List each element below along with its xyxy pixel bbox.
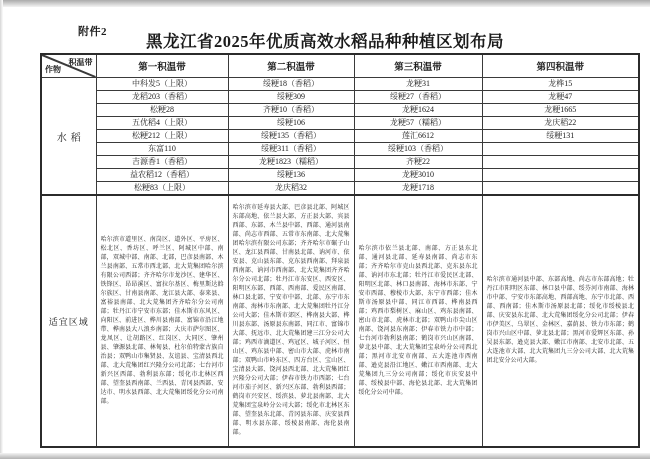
variety-cell: 松粳28	[96, 104, 228, 117]
variety-cell: 绥粳136	[228, 169, 354, 182]
variety-cell: 龙庆稻32	[228, 182, 354, 196]
zone-header-3: 第三积温带	[354, 54, 482, 78]
variety-cell: 莲汇6612	[354, 130, 482, 143]
crop-row-label: 水稻	[41, 78, 96, 196]
region-cell-zone3: 哈尔滨市依兰县北部、南部、方正县东北部、通河县北部、延寿县南部、尚志市东部；齐齐…	[354, 195, 482, 447]
zone-header-1: 第一积温带	[96, 54, 228, 78]
document-page: { "page": { "attachment_label": "附件2", "…	[0, 0, 650, 459]
variety-cell: 龙粳3010	[354, 169, 482, 182]
variety-row: 东富110 绥粳311（香稻） 绥粳103（香稻）	[41, 143, 639, 156]
region-cell-zone2: 哈尔滨市延寿县大部、巴彦县北部、阿城区东部高地、依兰县大部、方正县大部、宾县西部…	[228, 195, 354, 447]
region-row: 适宜区域 哈尔滨市道里区、南岗区、道外区、平房区、松北区、香坊区、呼兰区、阿城区…	[41, 195, 639, 447]
variety-cell: 绥粳311（香稻）	[228, 143, 354, 156]
variety-cell: 齐粳22	[354, 156, 482, 169]
corner-header-cell: 积温带 作物	[41, 54, 96, 78]
variety-cell: 五优稻4（上限）	[96, 117, 228, 130]
zone-header-4: 第四积温带	[482, 54, 639, 78]
region-text-zone1: 哈尔滨市道里区、南岗区、道外区、平房区、松北区、香坊区、呼兰区、阿城区中部、南部…	[97, 233, 228, 410]
scan-edge-top	[0, 0, 650, 7]
corner-label-zone: 积温带	[69, 57, 93, 68]
variety-cell: 龙粳1718	[354, 182, 482, 196]
variety-row: 五优稻4（上限） 绥粳106 龙粳57（糯稻） 龙庆稻22	[41, 117, 639, 130]
variety-cell: 绥粳18（香稻）	[228, 78, 354, 91]
corner-label-crop: 作物	[45, 64, 61, 75]
variety-cell: 龙粳1624	[354, 104, 482, 117]
variety-row: 龙稻203（香稻） 绥粳309 绥粳27（香稻） 龙粳47	[41, 91, 639, 104]
variety-cell: 中科发5（上限）	[96, 78, 228, 91]
variety-cell: 龙粳57（糯稻）	[354, 117, 482, 130]
region-text-zone2: 哈尔滨市延寿县大部、巴彦县北部、阿城区东部高地、依兰县大部、方正县大部、宾县西部…	[229, 201, 354, 441]
variety-cell: 龙庆稻22	[482, 117, 639, 130]
variety-cell: 松粳212（上限）	[96, 130, 228, 143]
rice-zone-table: 积温带 作物 第一积温带 第二积温带 第三积温带 第四积温带 水稻 中科发5（上…	[40, 53, 640, 448]
variety-cell: 龙粳1823（糯稻）	[228, 156, 354, 169]
variety-cell: 吉源香1（香稻）	[96, 156, 228, 169]
zone-header-2: 第二积温带	[228, 54, 354, 78]
variety-cell	[482, 169, 639, 182]
scan-edge-left	[0, 0, 3, 459]
variety-cell: 龙粳31	[354, 78, 482, 91]
variety-cell: 龙桦15	[482, 78, 639, 91]
variety-cell	[482, 143, 639, 156]
variety-cell	[482, 156, 639, 169]
scan-edge-bottom	[0, 453, 650, 459]
variety-cell: 绥粳106	[228, 117, 354, 130]
variety-cell: 绥粳309	[228, 91, 354, 104]
region-cell-zone4: 哈尔滨市通河县中部、东部高地、尚志市东部高地；牡丹江市阳明区东部、林口县中部、绥…	[482, 195, 639, 447]
page-title: 黑龙江省2025年优质高效水稻品种种植区划布局	[0, 28, 650, 52]
region-text-zone3: 哈尔滨市依兰县北部、南部、方正县东北部、通河县北部、延寿县南部、尚志市东部；齐齐…	[355, 242, 482, 401]
variety-cell: 龙稻203（香稻）	[96, 91, 228, 104]
variety-cell: 绥粳135（香稻）	[228, 130, 354, 143]
header-row: 积温带 作物 第一积温带 第二积温带 第三积温带 第四积温带	[41, 54, 639, 78]
variety-cell: 绥粳103（香稻）	[354, 143, 482, 156]
variety-cell: 绥粳131	[482, 130, 639, 143]
variety-cell: 绥粳27（香稻）	[354, 91, 482, 104]
variety-cell: 益农稻12（香稻）	[96, 169, 228, 182]
variety-cell	[482, 182, 639, 196]
variety-row: 水稻 中科发5（上限） 绥粳18（香稻） 龙粳31 龙桦15	[41, 78, 639, 91]
variety-cell: 齐粳10（香稻）	[228, 104, 354, 117]
region-cell-zone1: 哈尔滨市道里区、南岗区、道外区、平房区、松北区、香坊区、呼兰区、阿城区中部、南部…	[96, 195, 228, 447]
variety-row: 松粳83（上限） 龙庆稻32 龙粳1718	[41, 182, 639, 196]
variety-cell: 龙粳1665	[482, 104, 639, 117]
variety-cell: 东富110	[96, 143, 228, 156]
variety-cell: 松粳83（上限）	[96, 182, 228, 196]
region-text-zone4: 哈尔滨市通河县中部、东部高地、尚志市东部高地；牡丹江市阳明区东部、林口县中部、绥…	[483, 273, 639, 369]
variety-row: 松粳212（上限） 绥粳135（香稻） 莲汇6612 绥粳131	[41, 130, 639, 143]
variety-row: 益农稻12（香稻） 绥粳136 龙粳3010	[41, 169, 639, 182]
variety-cell: 龙粳47	[482, 91, 639, 104]
variety-row: 吉源香1（香稻） 龙粳1823（糯稻） 齐粳22	[41, 156, 639, 169]
variety-row: 松粳28 齐粳10（香稻） 龙粳1624 龙粳1665	[41, 104, 639, 117]
region-row-label: 适宜区域	[41, 195, 96, 447]
